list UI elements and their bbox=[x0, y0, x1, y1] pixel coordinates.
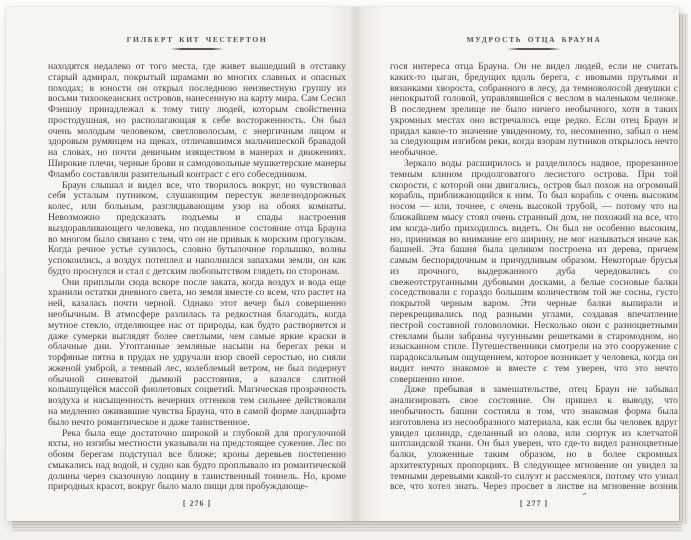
paragraph: Даже пребывая в замешательстве, отец Бра… bbox=[390, 385, 678, 495]
paragraph: Река была еще достаточно широкой и глубо… bbox=[48, 429, 346, 494]
right-page-text: гося интереса отца Брауна. Он не видел л… bbox=[390, 62, 678, 495]
left-page-text: находятся недалеко от того места, где жи… bbox=[48, 62, 346, 495]
paragraph: гося интереса отца Брауна. Он не видел л… bbox=[390, 62, 678, 159]
book-spread: ГИЛБЕРТ КИТ ЧЕСТЕРТОН находятся недалеко… bbox=[6, 7, 679, 521]
running-header-right-text: МУДРОСТЬ ОТЦА БРАУНА bbox=[467, 35, 602, 44]
paragraph: Они приплыли сюда вскоре после заката, к… bbox=[48, 278, 346, 429]
paragraph: Браун слышал и видел все, что творилось … bbox=[48, 181, 346, 278]
page-number-right: [ 277 ] bbox=[390, 499, 678, 508]
page-stack-edge-bottom bbox=[12, 521, 682, 532]
book-scan: ГИЛБЕРТ КИТ ЧЕСТЕРТОН находятся недалеко… bbox=[0, 0, 691, 540]
page-stack-edge-right bbox=[679, 14, 688, 524]
running-header-right: МУДРОСТЬ ОТЦА БРАУНА bbox=[390, 35, 678, 50]
header-rule-icon bbox=[170, 48, 224, 50]
header-rule-icon bbox=[507, 48, 561, 50]
running-header-left-text: ГИЛБЕРТ КИТ ЧЕСТЕРТОН bbox=[127, 35, 268, 44]
page-number-left: [ 276 ] bbox=[48, 499, 346, 508]
paragraph: находятся недалеко от того места, где жи… bbox=[48, 62, 346, 181]
running-header-left: ГИЛБЕРТ КИТ ЧЕСТЕРТОН bbox=[48, 35, 346, 50]
paragraph: Зеркало воды расширилось и разделилось н… bbox=[390, 159, 678, 385]
